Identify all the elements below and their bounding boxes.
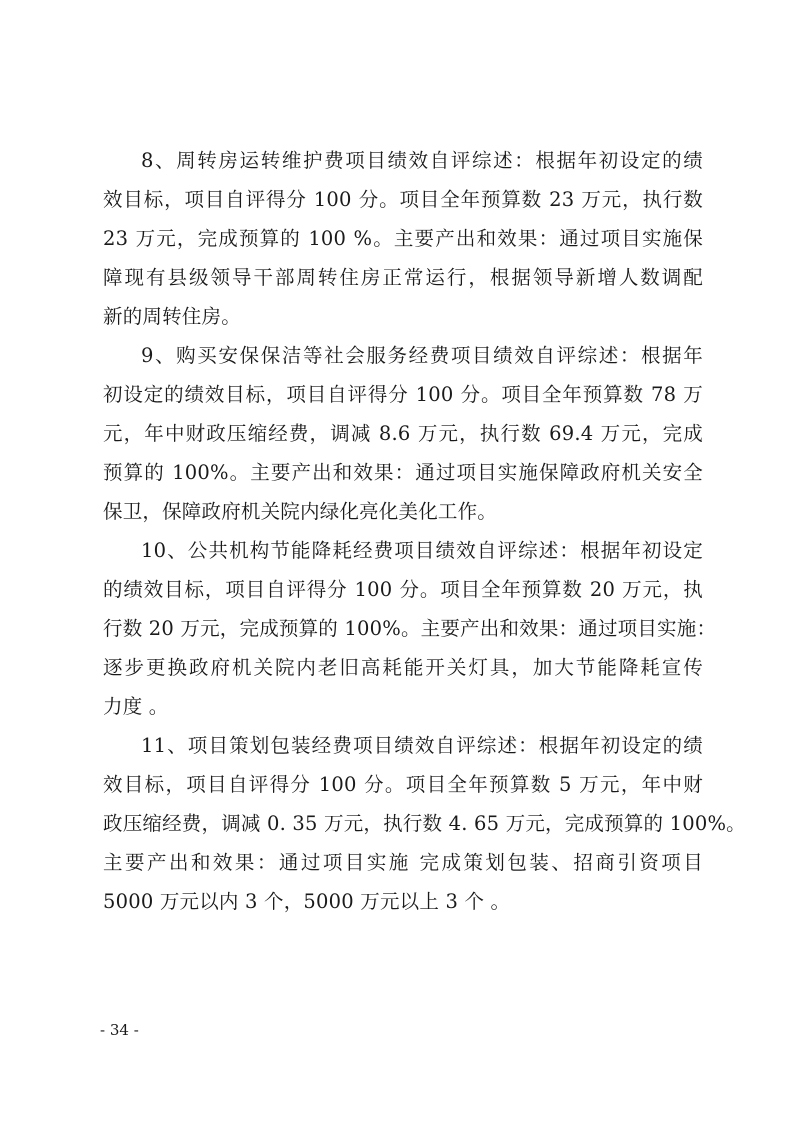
paragraph-line: 主要产出和效果：通过项目实施 完成策划包装、招商引资项目 [103,843,703,882]
paragraph-line: 效目标，项目自评得分 100 分。项目全年预算数 5 万元，年中财 [103,765,703,804]
paragraph-item-10: 10、公共机构节能降耗经费项目绩效自评综述：根据年初设定 的绩效目标，项目自评得… [103,531,703,726]
paragraph-line: 23 万元，完成预算的 100 %。主要产出和效果：通过项目实施保 [103,219,703,258]
paragraph-line: 预算的 100%。主要产出和效果：通过项目实施保障政府机关安全 [103,453,703,492]
document-body: 8、周转房运转维护费项目绩效自评综述：根据年初设定的绩 效目标，项目自评得分 1… [103,141,703,921]
paragraph-line: 8、周转房运转维护费项目绩效自评综述：根据年初设定的绩 [103,141,703,180]
document-page: 8、周转房运转维护费项目绩效自评综述：根据年初设定的绩 效目标，项目自评得分 1… [0,0,793,1122]
paragraph-line: 9、购买安保保洁等社会服务经费项目绩效自评综述：根据年 [103,336,703,375]
paragraph-line: 障现有县级领导干部周转住房正常运行，根据领导新增人数调配 [103,258,703,297]
paragraph-line: 10、公共机构节能降耗经费项目绩效自评综述：根据年初设定 [103,531,703,570]
paragraph-line: 11、项目策划包装经费项目绩效自评综述：根据年初设定的绩 [103,726,703,765]
page-number: - 34 - [100,1021,139,1039]
paragraph-line: 的绩效目标，项目自评得分 100 分。项目全年预算数 20 万元，执 [103,570,703,609]
paragraph-item-11: 11、项目策划包装经费项目绩效自评综述：根据年初设定的绩 效目标，项目自评得分 … [103,726,703,921]
paragraph-item-8: 8、周转房运转维护费项目绩效自评综述：根据年初设定的绩 效目标，项目自评得分 1… [103,141,703,336]
paragraph-line: 力度 。 [103,687,703,726]
paragraph-line: 元，年中财政压缩经费，调减 8.6 万元，执行数 69.4 万元，完成 [103,414,703,453]
paragraph-line: 新的周转住房。 [103,297,703,336]
paragraph-line: 初设定的绩效目标，项目自评得分 100 分。项目全年预算数 78 万 [103,375,703,414]
paragraph-line: 行数 20 万元，完成预算的 100%。主要产出和效果：通过项目实施： [103,609,703,648]
paragraph-line: 政压缩经费，调减 0. 35 万元，执行数 4. 65 万元，完成预算的 100… [103,804,703,843]
paragraph-item-9: 9、购买安保保洁等社会服务经费项目绩效自评综述：根据年 初设定的绩效目标，项目自… [103,336,703,531]
paragraph-line: 保卫，保障政府机关院内绿化亮化美化工作。 [103,492,703,531]
paragraph-line: 效目标，项目自评得分 100 分。项目全年预算数 23 万元，执行数 [103,180,703,219]
paragraph-line: 逐步更换政府机关院内老旧高耗能开关灯具，加大节能降耗宣传 [103,648,703,687]
paragraph-line: 5000 万元以内 3 个，5000 万元以上 3 个 。 [103,882,703,921]
